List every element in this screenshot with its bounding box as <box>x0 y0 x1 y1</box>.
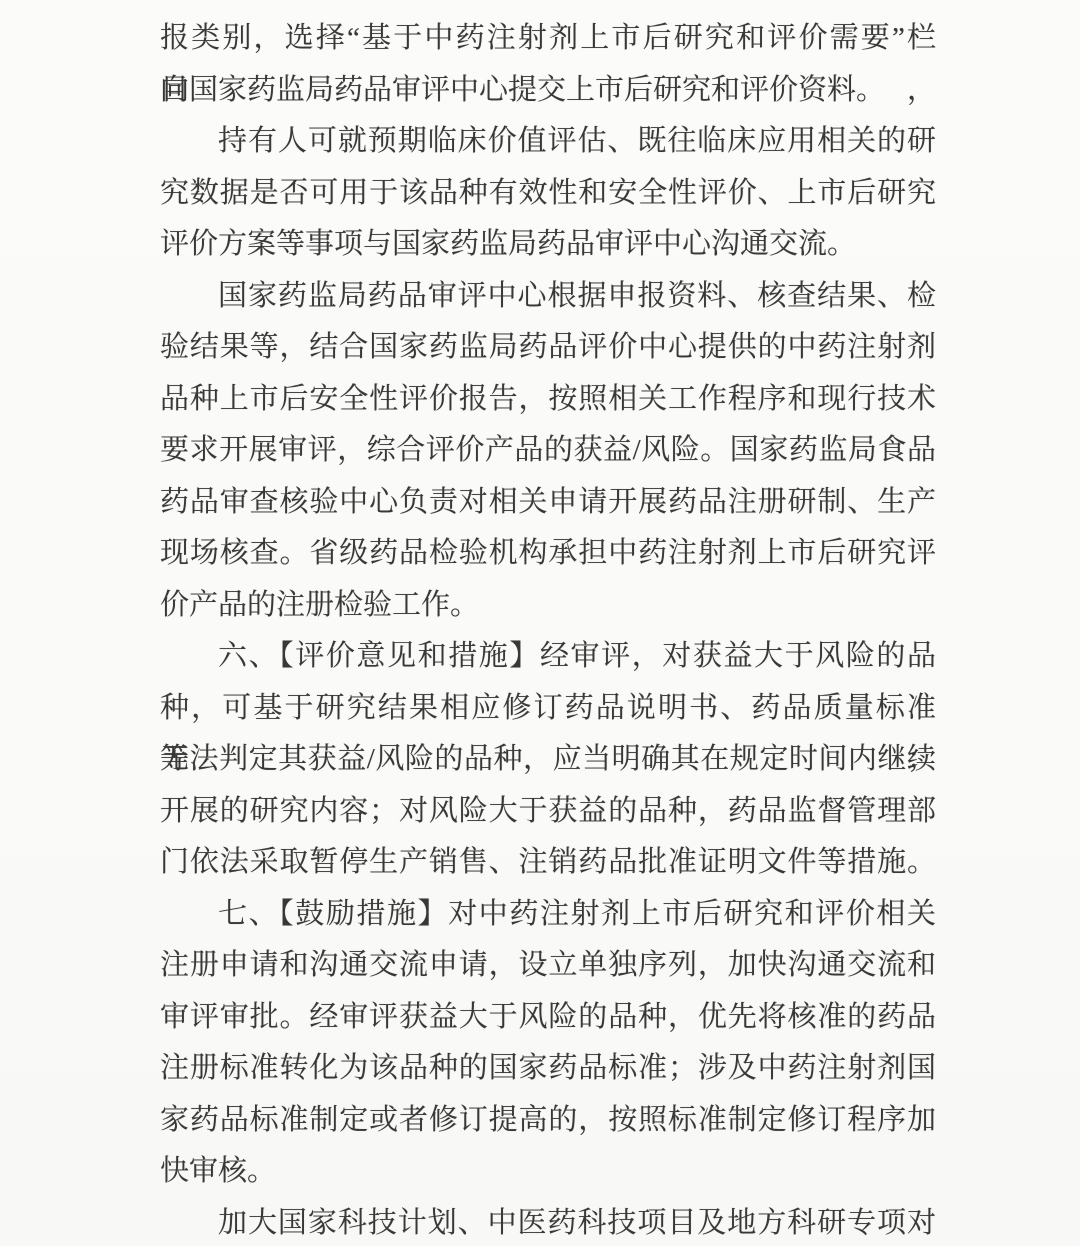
text-line: 快审核。 <box>160 1146 936 1198</box>
text-line: 药品审查核验中心负责对相关申请开展药品注册研制、生产 <box>160 477 936 529</box>
text-line: 报类别，选择“基于中药注射剂上市后研究和评价需要”栏目， <box>160 13 936 65</box>
text-line: 持有人可就预期临床价值评估、既往临床应用相关的研 <box>160 116 936 168</box>
text-line: 无法判定其获益/风险的品种，应当明确其在规定时间内继续 <box>160 734 936 786</box>
text-line: 审评审批。经审评获益大于风险的品种，优先将核准的药品 <box>160 992 936 1044</box>
text-block: 报类别，选择“基于中药注射剂上市后研究和评价需要”栏目，向国家药监局药品审评中心… <box>160 13 936 1246</box>
text-line: 六、【评价意见和措施】经审评，对获益大于风险的品 <box>160 631 936 683</box>
text-line: 验结果等，结合国家药监局药品评价中心提供的中药注射剂 <box>160 322 936 374</box>
text-line: 加大国家科技计划、中医药科技项目及地方科研专项对 <box>160 1198 936 1246</box>
text-line: 要求开展审评，综合评价产品的获益/风险。国家药监局食品 <box>160 425 936 477</box>
text-line: 价产品的注册检验工作。 <box>160 580 936 632</box>
text-line: 国家药监局药品审评中心根据申报资料、核查结果、检 <box>160 271 936 323</box>
text-line: 注册申请和沟通交流申请，设立单独序列，加快沟通交流和 <box>160 940 936 992</box>
text-line: 七、【鼓励措施】对中药注射剂上市后研究和评价相关 <box>160 889 936 941</box>
text-line: 向国家药监局药品审评中心提交上市后研究和评价资料。 <box>160 65 936 117</box>
text-line: 家药品标准制定或者修订提高的，按照标准制定修订程序加 <box>160 1095 936 1147</box>
text-line: 评价方案等事项与国家药监局药品审评中心沟通交流。 <box>160 219 936 271</box>
text-line: 注册标准转化为该品种的国家药品标准；涉及中药注射剂国 <box>160 1043 936 1095</box>
text-line: 品种上市后安全性评价报告，按照相关工作程序和现行技术 <box>160 374 936 426</box>
document-body: { "page": { "background": "#fbfbf9", "te… <box>0 0 1080 1246</box>
text-line: 门依法采取暂停生产销售、注销药品批准证明文件等措施。 <box>160 837 936 889</box>
text-line: 开展的研究内容；对风险大于获益的品种，药品监督管理部 <box>160 786 936 838</box>
text-line: 究数据是否可用于该品种有效性和安全性评价、上市后研究 <box>160 168 936 220</box>
text-line: 现场核查。省级药品检验机构承担中药注射剂上市后研究评 <box>160 528 936 580</box>
text-line: 种，可基于研究结果相应修订药品说明书、药品质量标准等； <box>160 683 936 735</box>
document-page: 报类别，选择“基于中药注射剂上市后研究和评价需要”栏目，向国家药监局药品审评中心… <box>0 0 1080 1246</box>
